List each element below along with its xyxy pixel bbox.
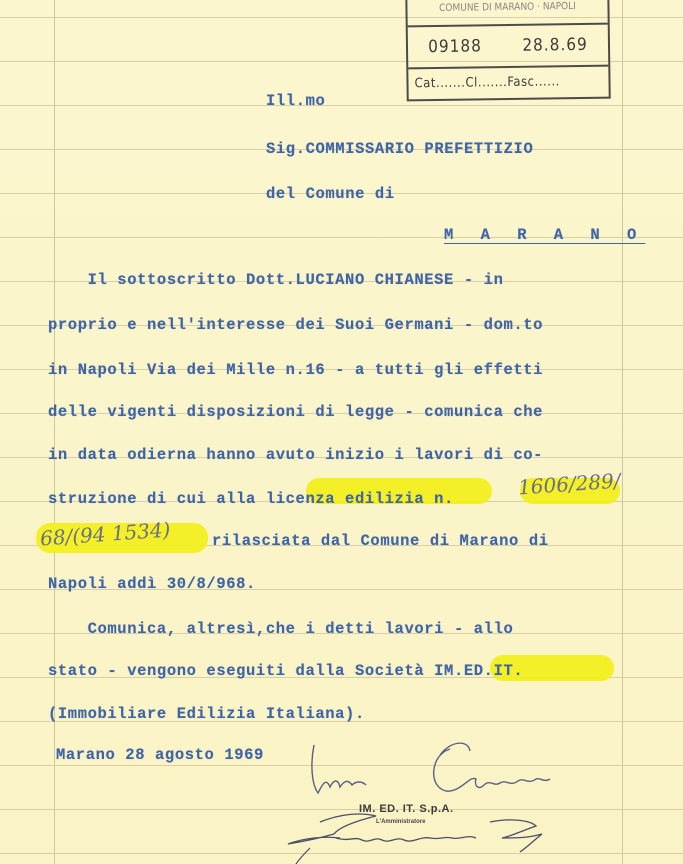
place-date: Marano 28 agosto 1969 (56, 746, 264, 764)
margin-line-left (54, 0, 55, 864)
body-line: Il sottoscritto Dott.LUCIANO CHIANESE - … (48, 271, 503, 289)
signature-administrator (280, 808, 560, 864)
body-line: proprio e nell'interesse dei Suoi German… (48, 316, 543, 334)
protocol-stamp: COMUNE DI MARANO · NAPOLI 09188 28.8.69 … (405, 0, 610, 101)
protocol-number: 09188 (428, 36, 482, 57)
body-line: rilasciata dal Comune di Marano di (212, 532, 549, 550)
recipient-title: Sig.COMMISSARIO PREFETTIZIO (266, 140, 533, 158)
body-line: in Napoli Via dei Mille n.16 - a tutti g… (48, 361, 543, 379)
document-page: COMUNE DI MARANO · NAPOLI 09188 28.8.69 … (0, 0, 683, 864)
margin-line-right (622, 0, 623, 864)
stamp-header: COMUNE DI MARANO · NAPOLI (407, 0, 607, 27)
body-line: in data odierna hanno avuto inizio i lav… (48, 446, 543, 464)
protocol-date: 28.8.69 (522, 35, 588, 56)
salutation: Ill.mo (266, 92, 325, 110)
body-line: (Immobiliare Edilizia Italiana). (48, 705, 365, 723)
stamp-fields: Cat.......Cl.......Fasc...... (408, 67, 608, 98)
body-line: Comunica, altresì,che i detti lavori - a… (48, 620, 513, 638)
ruled-line (0, 105, 683, 106)
signature-chianese (300, 735, 580, 805)
body-line: Napoli addì 30/8/968. (48, 575, 256, 593)
body-line: stato - vengono eseguiti dalla Società I… (48, 662, 523, 680)
body-line: delle vigenti disposizioni di legge - co… (48, 403, 543, 421)
recipient-comune-label: del Comune di (266, 185, 395, 203)
body-line: struzione di cui alla licenza edilizia n… (48, 490, 454, 508)
recipient-comune: M A R A N O (444, 226, 645, 244)
